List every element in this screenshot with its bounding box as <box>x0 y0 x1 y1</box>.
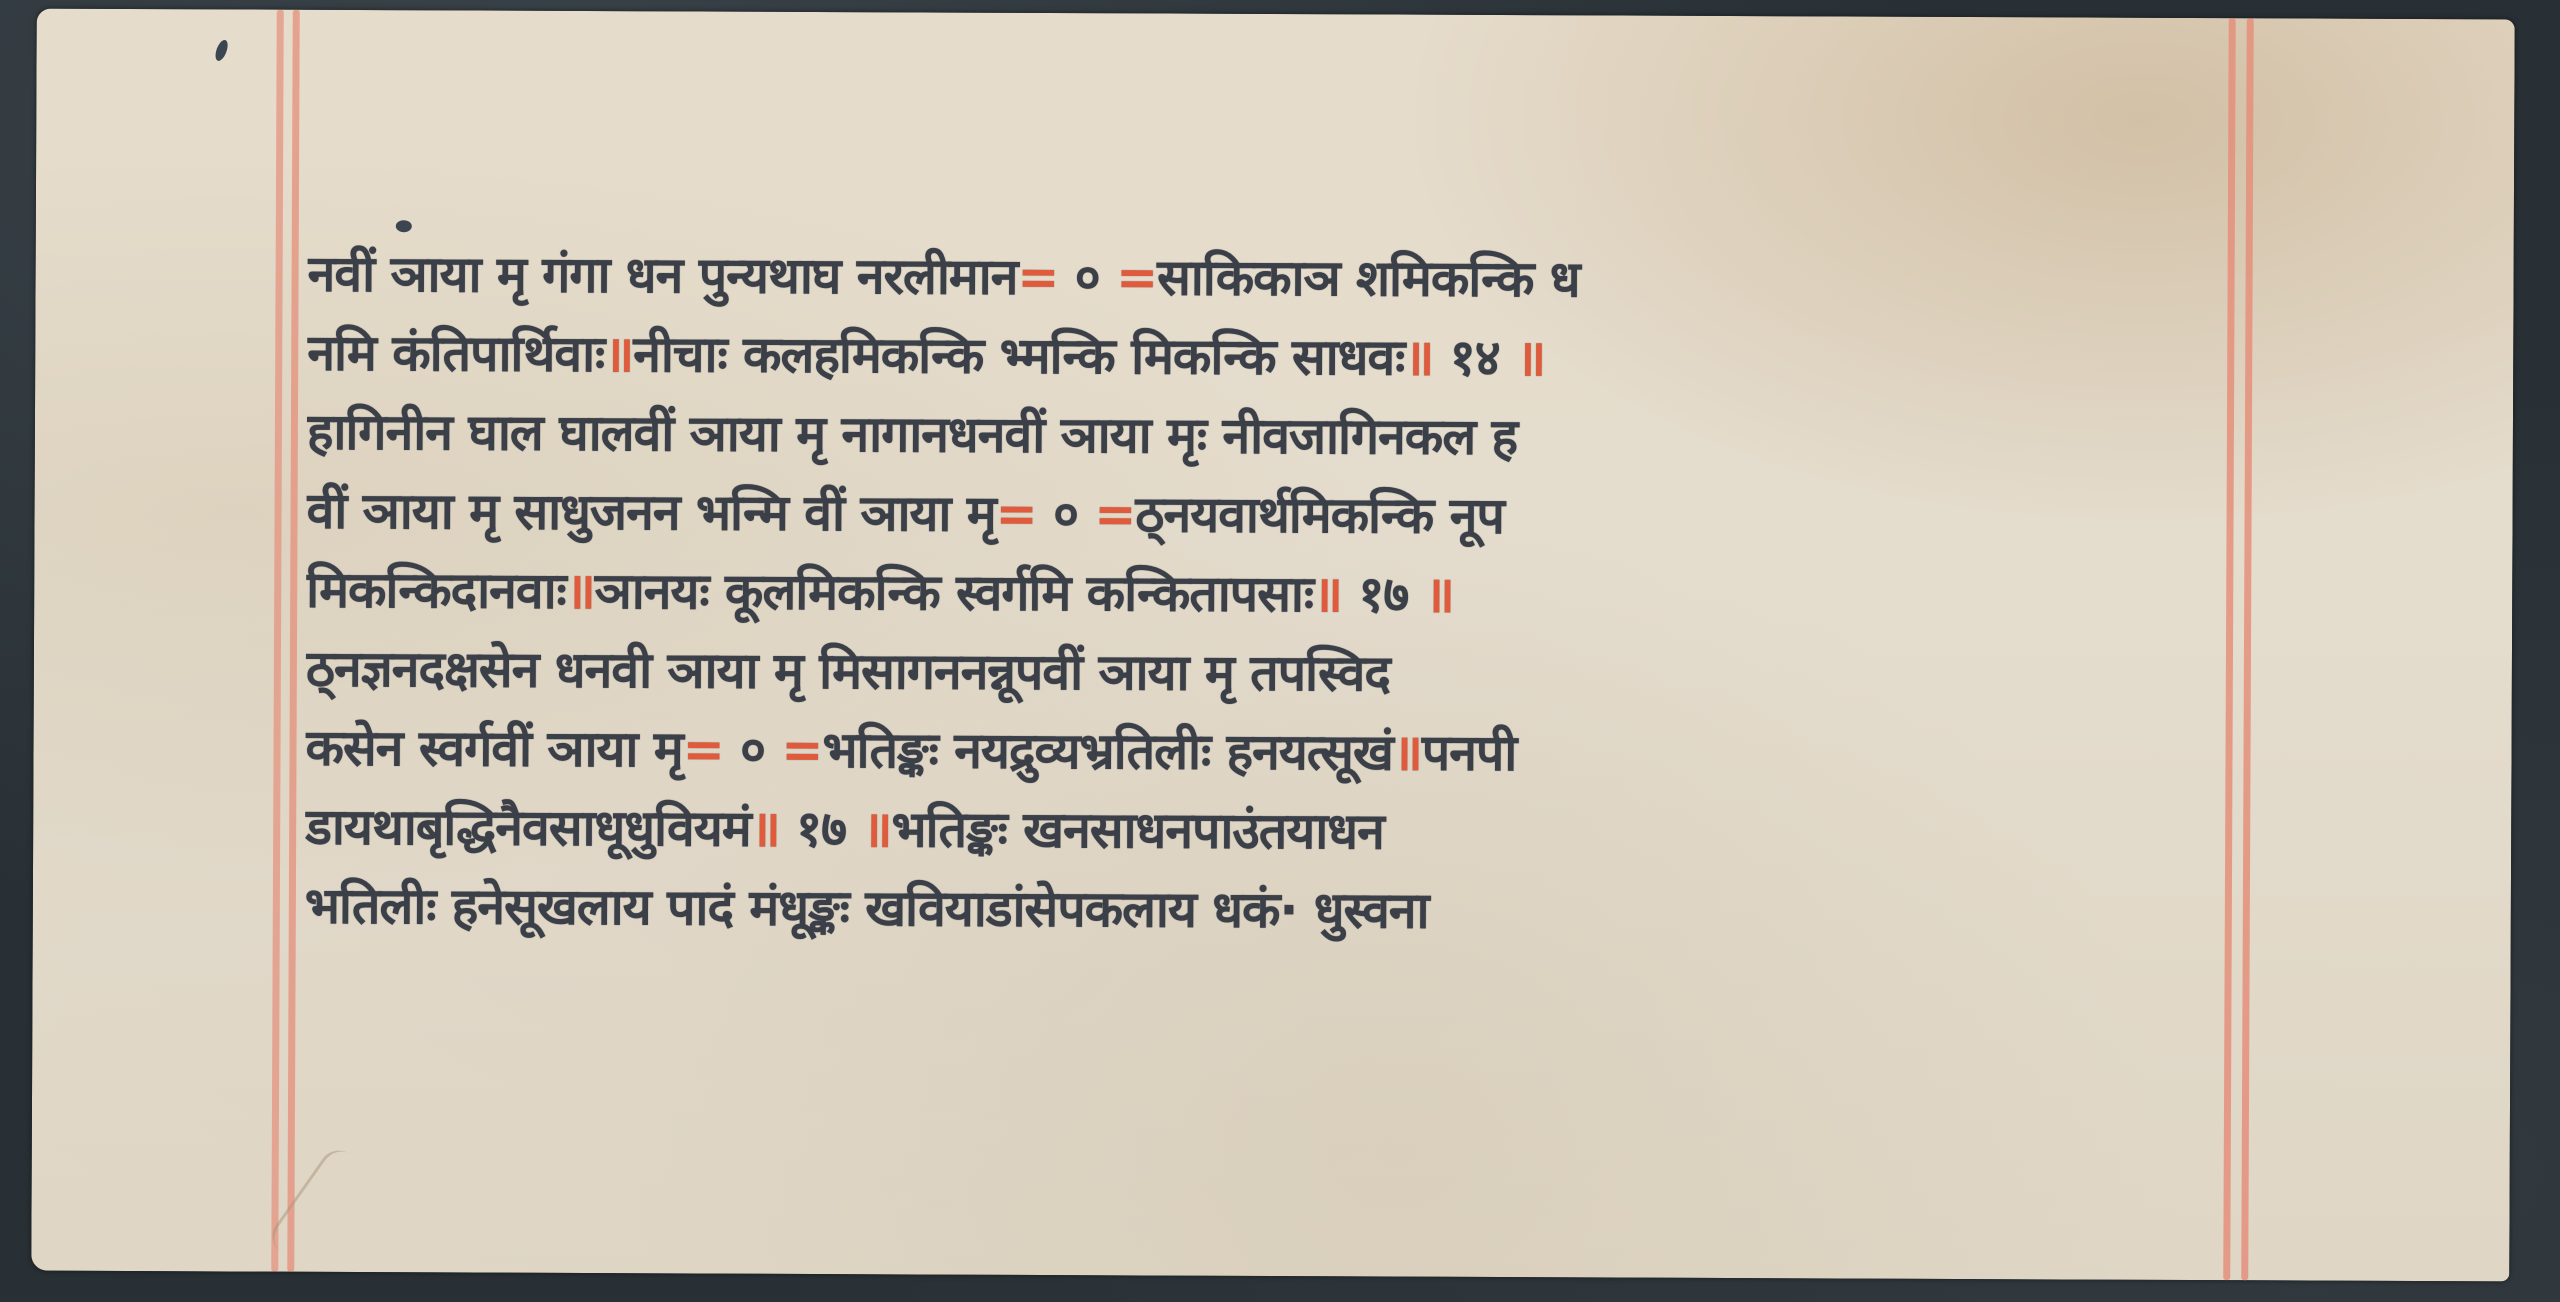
rubric-mark: ॥ <box>862 800 891 858</box>
manuscript-line: डायथाबृद्धिनैवसाधूधुवियमं॥ १७ ॥भतिङ्कः ख… <box>305 788 2235 874</box>
rubric-mark: = <box>683 720 724 778</box>
left-margin-rule-inner <box>287 10 300 1272</box>
rubric-mark: ॥ <box>1425 566 1454 624</box>
rubric-mark: ॥ <box>604 325 633 383</box>
ink-text: डायथाबृद्धिनैवसाधूधुवियमं <box>305 798 751 858</box>
ink-text: भतिङ्कः नयद्रुव्यभ्रतिलीः हनयत्सूखं <box>822 721 1393 781</box>
ink-spot <box>396 220 412 232</box>
manuscript-line: मिकन्किदानवाः॥ञानयः कूलमिकन्कि स्वर्गमि … <box>306 551 2236 637</box>
rubric-mark: = <box>1116 248 1157 306</box>
ink-text: हागिनीन घाल घालवीं ञाया मृ नागानधनवीं ञा… <box>307 403 1517 466</box>
manuscript-text: नवीं ञाया मृ गंगा धन पुन्यथाघ नरलीमान= ०… <box>305 235 2238 954</box>
manuscript-leaf: नवीं ञाया मृ गंगा धन पुन्यथाघ नरलीमान= ०… <box>31 9 2514 1282</box>
manuscript-line: वीं ञाया मृ साधुजनन भन्मि वीं ञाया मृ= ०… <box>306 472 2236 558</box>
ink-text: १७ <box>780 800 863 858</box>
ink-text: ठ्नज्ञनदक्षसेन धनवी ञाया मृ मिसागननन्नूप… <box>306 640 1390 703</box>
ink-text: ठ्नयवार्थमिकन्कि नूप <box>1135 485 1504 545</box>
ink-text: वीं ञाया मृ साधुजनन भन्मि वीं ञाया मृ <box>306 482 995 543</box>
rubric-mark: = <box>781 721 822 779</box>
ink-text: ञानयः कूलमिकन्कि स्वर्गमि कन्कितापसाः <box>595 562 1314 623</box>
ink-text: साकिकाञ शमिकन्कि ध <box>1157 248 1580 308</box>
ink-text: ० <box>724 721 782 779</box>
ink-text: नवीं ञाया मृ गंगा धन पुन्यथाघ नरलीमान <box>307 245 1017 306</box>
rubric-mark: = <box>1017 248 1058 306</box>
manuscript-line: ठ्नज्ञनदक्षसेन धनवी ञाया मृ मिसागननन्नूप… <box>306 630 2236 716</box>
ink-text: नमि कंतिपार्थिवाः <box>307 324 604 383</box>
rubric-mark: ॥ <box>1393 724 1422 782</box>
rubric-mark: ॥ <box>1516 329 1545 387</box>
manuscript-line: नवीं ञाया मृ गंगा धन पुन्यथाघ नरलीमान= ०… <box>307 235 2237 321</box>
ink-text: मिकन्किदानवाः <box>306 561 566 620</box>
ink-text: पनपी <box>1422 724 1517 782</box>
ink-text: भतिलीः हनेसूखलाय पादं मंधूङ्कः खवियाडांस… <box>305 877 1429 940</box>
manuscript-line: हागिनीन घाल घालवीं ञाया मृ नागानधनवीं ञा… <box>307 393 2237 479</box>
ink-text: नीचाः कलहमिकन्कि भ्मन्कि मिकन्कि साधवः <box>633 325 1404 386</box>
ink-spot <box>213 38 230 62</box>
manuscript-line: भतिलीः हनेसूखलाय पादं मंधूङ्कः खवियाडांस… <box>305 867 2235 953</box>
manuscript-line: कसेन स्वर्गवीं ञाया मृ= ० =भतिङ्कः नयद्र… <box>305 709 2235 795</box>
ink-text: १७ <box>1342 565 1425 623</box>
left-margin-rule <box>271 10 284 1272</box>
rubric-mark: ॥ <box>566 562 595 620</box>
rubric-mark: = <box>996 485 1037 543</box>
right-margin-rule-inner <box>2241 18 2254 1280</box>
paper-crease <box>265 1143 386 1277</box>
ink-text: ० <box>1037 485 1095 543</box>
ink-text: कसेन स्वर्गवीं ञाया मृ <box>305 719 682 779</box>
rubric-mark: ॥ <box>1313 565 1342 623</box>
manuscript-line: नमि कंतिपार्थिवाः॥नीचाः कलहमिकन्कि भ्मन्… <box>307 314 2237 400</box>
ink-text: १४ <box>1433 329 1516 387</box>
ink-text: भतिङ्कः खनसाधनपाउंतयाधन <box>891 800 1384 860</box>
rubric-mark: ॥ <box>751 800 780 858</box>
rubric-mark: ॥ <box>1404 329 1433 387</box>
ink-text: ० <box>1058 248 1116 306</box>
rubric-mark: = <box>1094 485 1135 543</box>
